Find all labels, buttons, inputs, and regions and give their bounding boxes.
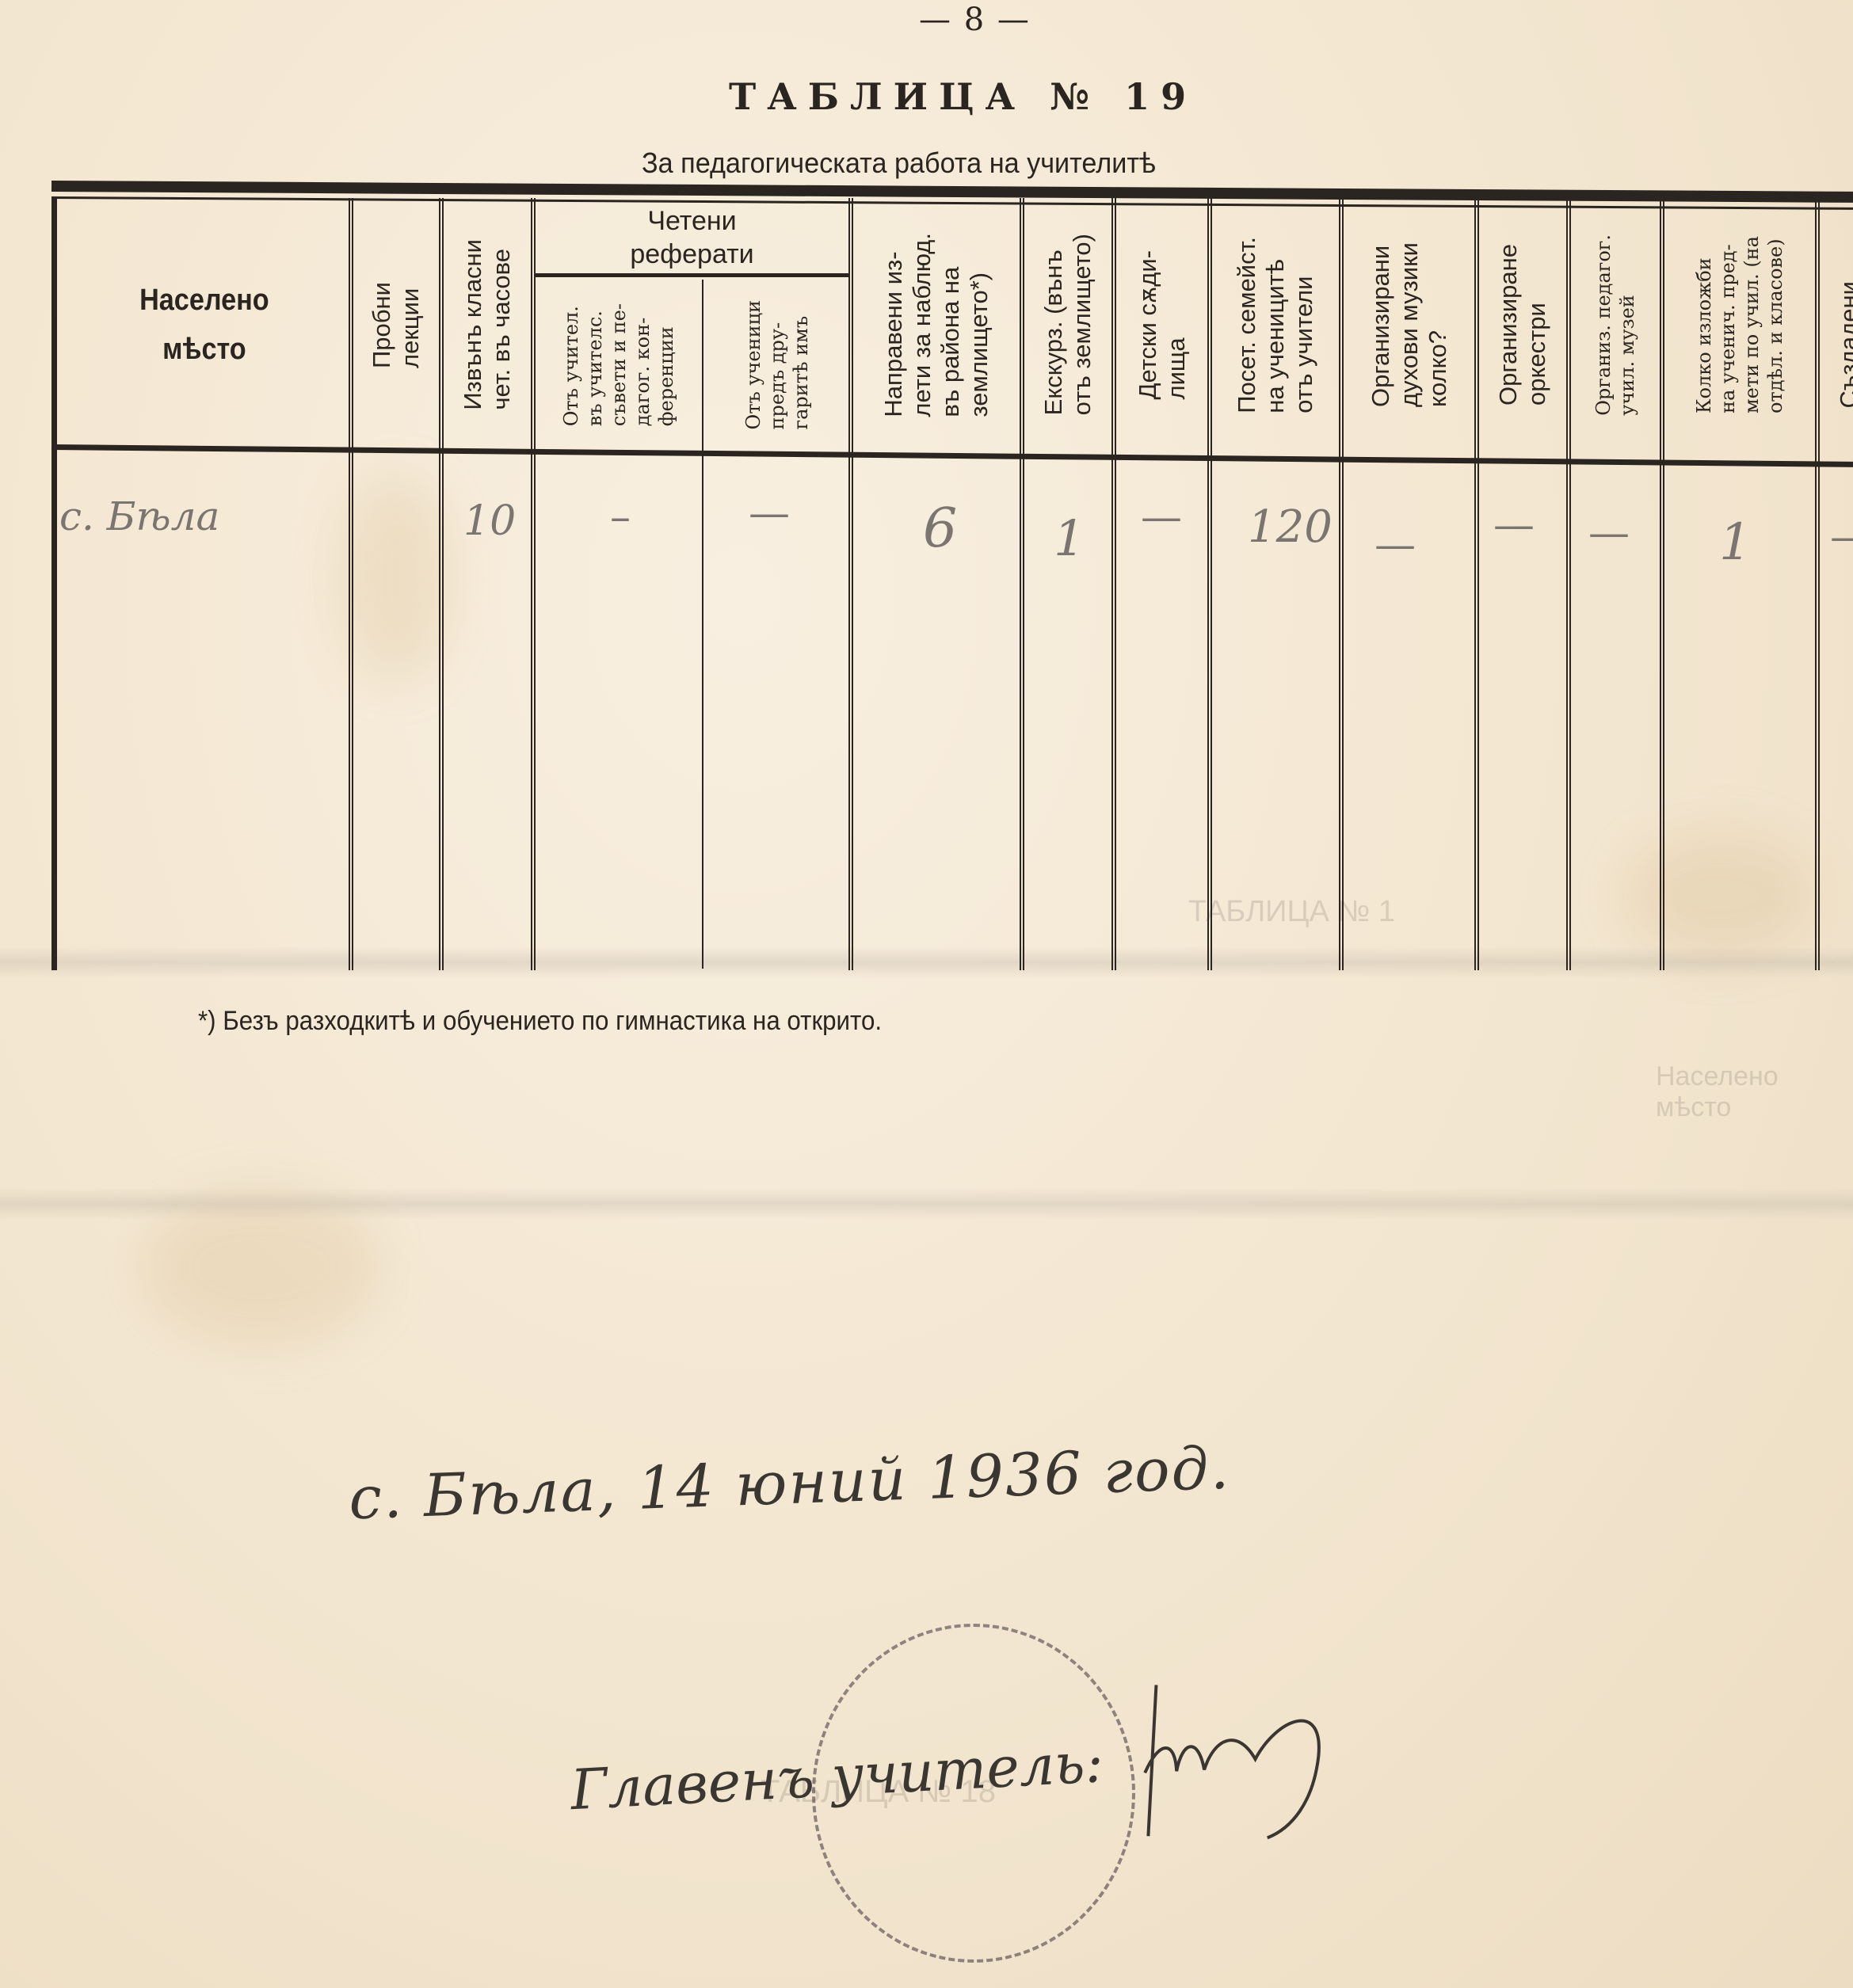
table-left-border [51,198,57,970]
header-family-visits-label: Посет. семейст. на ученицитѣ отъ учители [1233,237,1318,413]
header-wind-bands: Организирани духови музики колко? [1344,198,1474,451]
header-orchestras: Организиране оркестри [1479,198,1566,451]
column-divider [702,280,703,969]
header-field-trips-label: Направени из- лети за наблюд. въ района … [879,233,993,417]
cell-field-trips: 6 [923,497,957,560]
page-title: ТАБЛИЦА № 19 [729,75,1197,118]
bleed-through-text: Населеномѣсто [1656,1061,1779,1123]
header-childrens-courts-label: Детски сѫди- лища [1134,250,1191,400]
footnote: *) Безъ разходкитѣ и обучението по гимна… [198,1006,882,1037]
cell-excursions: 1 [1054,509,1085,567]
handwritten-dateline: с. Бѣла, 14 юний 1936 год. [348,1434,1231,1533]
header-student-exhibitions: Колко изложби на ученич. пред- мети по у… [1664,198,1815,451]
pedagogical-work-table: Населено мѣсто Пробни лекции Извънъ клас… [51,181,1853,973]
handwritten-signature: Главенъ учитель: [566,1666,1371,1882]
cell-school-museum: — [1588,509,1630,557]
cell-childrens-courts: — [1141,493,1182,541]
header-reports-by-students: Отъ ученици предъ дру- гаритѣ имъ [705,280,848,450]
header-reports-by-students-label: Отъ ученици предъ дру- гаритѣ имъ [742,300,813,429]
header-playgrounds-label: Създадени игрища колко? [1835,241,1853,409]
reports-group-rule [536,273,848,277]
cell-place: с. Бѣла [59,493,219,539]
page-number: — 8 — [919,2,1031,38]
cell-wind-bands: — [1374,521,1416,569]
paper-fold [0,1188,1853,1220]
header-childrens-courts: Детски сѫди- лища [1116,198,1207,451]
header-place: Населено мѣсто [59,198,349,451]
header-school-museum-label: Организ. педагог. учил. музей [1592,234,1639,416]
cell-extracurricular-reading: 10 [463,497,516,545]
header-student-exhibitions-label: Колко изложби на ученич. пред- мети по у… [1692,236,1787,413]
header-wind-bands-label: Организирани духови музики колко? [1367,242,1452,407]
header-trial-lectures-label: Пробни лекции [368,282,425,368]
header-extracurricular-reading: Извънъ класни чет. въ часове [444,198,531,451]
header-school-museum: Организ. педагог. учил. музей [1571,198,1660,451]
header-family-visits: Посет. семейст. на ученицитѣ отъ учители [1212,198,1339,451]
header-orchestras-label: Организиране оркестри [1494,244,1551,406]
page-subtitle: За педагогическата работа на учителитѣ [642,147,1156,180]
header-trial-lectures: Пробни лекции [353,198,439,451]
header-playgrounds: Създадени игрища колко? [1820,198,1853,451]
header-extracurricular-reading-label: Извънъ класни чет. въ часове [459,239,516,410]
header-reports-group: Четени реферати [536,204,848,271]
header-excursions-label: Екскурз. (вънъ отъ землището) [1039,234,1096,415]
header-place-label: Населено мѣсто [139,276,269,374]
cell-reports-by-students: — [749,489,790,537]
header-reports-by-teachers: Отъ учител. въ учителс. съвети и пе- даг… [536,280,702,450]
header-reports-by-teachers-label: Отъ учител. въ учителс. съвети и пе- даг… [559,303,678,426]
cell-reports-by-teachers: – [610,493,631,541]
header-excursions: Екскурз. (вънъ отъ землището) [1024,198,1111,451]
cell-family-visits: 120 [1248,501,1333,553]
cell-playgrounds: — [1830,513,1853,561]
signature-title: Главенъ учитель: [569,1730,1105,1822]
cell-orchestras: — [1493,501,1535,549]
header-field-trips: Направени из- лети за наблюд. въ района … [853,198,1020,451]
cell-student-exhibitions: 1 [1719,513,1752,572]
signature-scribble-icon [1124,1666,1371,1853]
